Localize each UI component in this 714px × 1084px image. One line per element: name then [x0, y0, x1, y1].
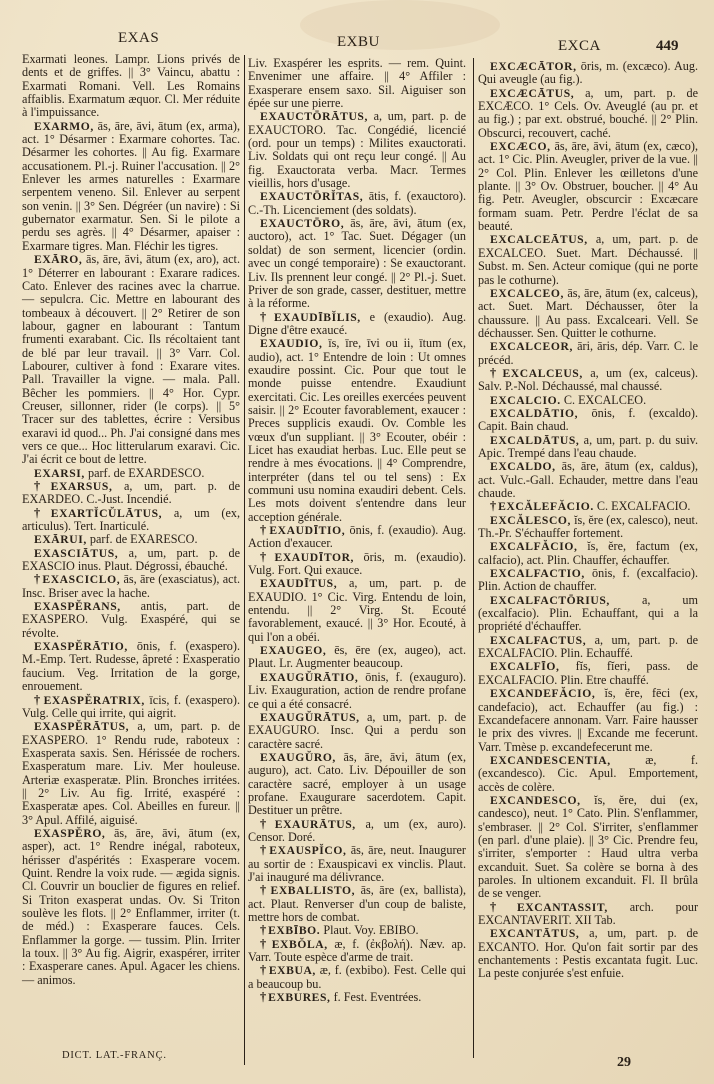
dictionary-entry: EXASPĔRANS, antis, part. de EXASPERO. Vu…	[22, 600, 240, 640]
running-head-left: EXAS	[118, 30, 159, 47]
dictionary-entry: †EXAUDĪTOR, ōris, m. (exaudio). Vulg. Fo…	[248, 551, 466, 578]
headword: EXAUSPĬCO,	[269, 844, 346, 857]
dictionary-entry: EXCALFĂCIO, ĭs, ĕre, factum (ex, calfaci…	[478, 540, 698, 567]
dictionary-entry: †EXASCICLO, ās, āre (exasciatus), act. I…	[22, 573, 240, 600]
dictionary-entry: †EXBURES, f. Fest. Eventrées.	[248, 991, 466, 1004]
headword: EXBURES,	[268, 991, 330, 1004]
definition-text: parf. de EXARESCO.	[87, 532, 198, 546]
dictionary-entry: EXCALDĀTUS, a, um, part. p. du suiv. Api…	[478, 434, 698, 461]
headword: EXASCIĀTUS,	[34, 547, 118, 560]
headword: EXAUCTŌRO,	[260, 217, 344, 230]
headword: EXASPĔRĀTIO,	[34, 640, 128, 653]
headword: EXCALFACTUS,	[490, 634, 586, 647]
column-divider	[473, 58, 474, 1058]
dictionary-entry: EXĀRO, ās, āre, āvi, ātum (ex, aro), act…	[22, 253, 240, 467]
headword: EXAUDĪBĬLIS,	[274, 311, 361, 324]
dictionary-entry: EXCALFACTIO, ōnis, f. (excalfacio). Plin…	[478, 567, 698, 594]
headword: EXCÆCĀTOR,	[490, 60, 577, 73]
headword: EXAUDĪTUS,	[260, 577, 337, 590]
dictionary-entry: EXCÆCĀTUS, a, um, part. p. de EXCÆCO. 1°…	[478, 87, 698, 140]
dictionary-entry: EXAUCTŌRĬTAS, ātis, f. (exauctoro). C.-T…	[248, 190, 466, 217]
dictionary-entry: †EXCĂLEFĂCIO. C. EXCALFACIO.	[478, 500, 698, 513]
column-middle: Liv. Exaspérer les esprits. — rem. Quint…	[248, 57, 466, 1004]
dictionary-entry: EXCANDEFĂCIO, ĭs, ĕre, fēci (ex, candefa…	[478, 687, 698, 754]
dictionary-entry: EXCALFACTŌRIUS, a, um (excalfacio). Plin…	[478, 594, 698, 634]
dagger-icon: †	[260, 963, 267, 977]
dagger-icon: †	[490, 900, 515, 914]
headword: EXCALCIO.	[490, 394, 561, 407]
headword: EXCALCEO,	[490, 287, 564, 300]
dictionary-entry: †EXAUSPĬCO, ās, āre, neut. Inaugurer au …	[248, 844, 466, 884]
dictionary-page: EXAS EXBU EXCA 449 Exarmati leones. Lamp…	[0, 0, 714, 1084]
dictionary-entry: EXASPĔRĀTIO, ōnis, f. (exaspero). M.-Emp…	[22, 640, 240, 693]
definition-text: ās, āre, āvi, ātum (ex, auctoro), act. 1…	[248, 216, 466, 310]
dictionary-entry: EXAUGŬRO, ās, āre, āvi, ātum (ex, auguro…	[248, 751, 466, 818]
dictionary-entry: EXCALCEOR, āri, āris, dép. Varr. C. le p…	[478, 340, 698, 367]
definition-text: ās, āre, āvi, ātum (ex, cæco), act. 1° C…	[478, 139, 698, 233]
headword: EXCALCEOR,	[490, 340, 573, 353]
headword: EXARMO,	[34, 120, 94, 133]
column-right: EXCÆCĀTOR, ōris, m. (excæco). Aug. Qui a…	[478, 60, 698, 981]
definition-text: īs, īre, īvi ou ii, ītum (ex, audio), ac…	[248, 336, 466, 523]
dictionary-entry: EXARSI, parf. de EXARDESCO.	[22, 467, 240, 480]
headword: EXARSI,	[34, 467, 85, 480]
headword: EXAUDĪTIO,	[269, 524, 345, 537]
dictionary-entry: †EXBALLISTO, ās, āre (ex, ballista), act…	[248, 884, 466, 924]
definition-text: parf. de EXARDESCO.	[85, 466, 205, 480]
dictionary-entry: †EXCALCEUS, a, um (ex, calceus). Salv. P…	[478, 367, 698, 394]
headword: EXCALDO,	[490, 460, 556, 473]
headword: EXASPĔRANS,	[34, 600, 121, 613]
headword: EXASPĔRATRIX,	[44, 694, 145, 707]
headword: EXĀRO,	[34, 253, 82, 266]
dictionary-entry: †EXARSUS, a, um, part. p. de EXARDEO. C.…	[22, 480, 240, 507]
dagger-icon: †	[34, 479, 49, 493]
dictionary-entry: EXASPĔRO, ās, āre, āvi, ātum (ex, asper)…	[22, 827, 240, 987]
definition-text: ās, āre, āvi, ātum (ex, arma), act. 1° D…	[22, 119, 240, 253]
dagger-icon: †	[260, 550, 273, 564]
dictionary-entry: EXAUGŬRĀTUS, a, um, part. p. de EXAUGURO…	[248, 711, 466, 751]
entry-continuation: Exarmati leones. Lampr. Lions privés de …	[22, 53, 240, 120]
dagger-icon: †	[34, 506, 49, 520]
dictionary-entry: EXCANDESCENTIA, æ, f. (excandesco). Cic.…	[478, 754, 698, 794]
headword: EXCĂLEFĂCIO.	[498, 500, 594, 513]
dagger-icon: †	[490, 366, 500, 380]
dagger-icon: †	[34, 572, 40, 586]
dictionary-entry: EXAUGŬRĀTIO, ōnis, f. (exauguro). Liv. E…	[248, 671, 466, 711]
headword: EXBĪBO.	[268, 924, 320, 937]
definition-text: ĭs, ĕre, dui (ex, candesco), neut. 1° Ca…	[478, 793, 698, 900]
headword: EXCANTASSIT,	[517, 901, 608, 914]
headword: EXCALFACTŌRIUS,	[490, 594, 610, 607]
dictionary-entry: EXASCIĀTUS, a, um, part. p. de EXASCIO i…	[22, 547, 240, 574]
definition-text: Exarmati leones. Lampr. Lions privés de …	[22, 52, 240, 119]
definition-text: a, um, part. p. de EXASPERO. 1° Rendu ru…	[22, 719, 240, 826]
dictionary-entry: EXCANTĀTUS, a, um, part. p. de EXCANTO. …	[478, 927, 698, 980]
headword: EXAUDĪTOR,	[275, 551, 355, 564]
headword: EXAUGŬRO,	[260, 751, 336, 764]
dictionary-entry: †EXBŎLA, æ, f. (ἐκβολή). Næv. ap. Varr. …	[248, 938, 466, 965]
dictionary-entry: EXCALCEĀTUS, a, um, part. p. de EXCALCEO…	[478, 233, 698, 286]
entry-continuation: Liv. Exaspérer les esprits. — rem. Quint…	[248, 57, 466, 110]
definition-text: C. EXCALCEO.	[561, 393, 646, 407]
definition-text: f. Fest. Eventrées.	[331, 990, 422, 1004]
dictionary-entry: EXCALDO, ās, āre, ātum (ex, caldus), act…	[478, 460, 698, 500]
dictionary-entry: †EXBĪBO. Plaut. Voy. EBIBO.	[248, 924, 466, 937]
dictionary-entry: †EXAUDĪBĬLIS, e (exaudio). Aug. Digne d'…	[248, 311, 466, 338]
dagger-icon: †	[34, 693, 42, 707]
column-divider	[244, 55, 245, 1065]
headword: EXASPĔRO,	[34, 827, 105, 840]
headword: EXCÆCO,	[490, 140, 551, 153]
dagger-icon: †	[260, 923, 266, 937]
dictionary-entry: EXĀRUI, parf. de EXARESCO.	[22, 533, 240, 546]
dictionary-entry: EXARMO, ās, āre, āvi, ātum (ex, arma), a…	[22, 120, 240, 253]
dictionary-entry: EXAUGEO, ēs, ēre (ex, augeo), act. Plaut…	[248, 644, 466, 671]
headword: EXCALDĀTIO,	[490, 407, 578, 420]
dictionary-entry: EXAUCTŌRO, ās, āre, āvi, ātum (ex, aucto…	[248, 217, 466, 310]
headword: EXCANDESCENTIA,	[490, 754, 611, 767]
headword: EXCALFĂCIO,	[490, 540, 577, 553]
headword: EXAUDIO,	[260, 337, 322, 350]
headword: EXBŎLA,	[272, 938, 328, 951]
headword: EXCALDĀTUS,	[490, 434, 579, 447]
signature-mark: DICT. LAT.-FRANÇ.	[62, 1050, 167, 1061]
dictionary-entry: EXAUDIO, īs, īre, īvi ou ii, ītum (ex, a…	[248, 337, 466, 524]
headword: EXAUGŬRĀTUS,	[260, 711, 360, 724]
signature-number: 29	[617, 1055, 631, 1071]
dictionary-entry: EXCALDĀTIO, ōnis, f. (excaldo). Capit. B…	[478, 407, 698, 434]
dagger-icon: †	[260, 310, 272, 324]
headword: EXCĂLESCO,	[490, 514, 571, 527]
definition-text: ās, āre, āvi, ātum (ex, aro), act. 1° Dé…	[22, 252, 240, 466]
dagger-icon: †	[260, 937, 270, 951]
definition-text: Liv. Exaspérer les esprits. — rem. Quint…	[248, 56, 466, 110]
dagger-icon: †	[260, 523, 267, 537]
dagger-icon: †	[260, 883, 269, 897]
dictionary-entry: EXCALCEO, ās, āre, ātum (ex, calceus), a…	[478, 287, 698, 340]
dictionary-entry: EXCÆCO, ās, āre, āvi, ātum (ex, cæco), a…	[478, 140, 698, 233]
dictionary-entry: †EXASPĔRATRIX, īcis, f. (exaspero). Vulg…	[22, 694, 240, 721]
dictionary-entry: EXAUDĪTUS, a, um, part. p. de EXAUDIO. 1…	[248, 577, 466, 644]
dictionary-entry: †EXAUDĪTIO, ōnis, f. (exaudio). Aug. Act…	[248, 524, 466, 551]
headword: EXCALFACTIO,	[490, 567, 585, 580]
headword: EXĀRUI,	[34, 533, 87, 546]
headword: EXASPĔRĀTUS,	[34, 720, 129, 733]
definition-text: C. EXCALFACIO.	[594, 499, 691, 513]
definition-text: Plaut. Voy. EBIBO.	[320, 923, 418, 937]
headword: EXCÆCĀTUS,	[490, 87, 574, 100]
running-head-middle: EXBU	[337, 34, 380, 51]
column-left: Exarmati leones. Lampr. Lions privés de …	[22, 53, 240, 987]
dictionary-entry: EXCALFĪO, fĭs, fĭeri, pass. de EXCALFACI…	[478, 660, 698, 687]
dictionary-entry: EXCÆCĀTOR, ōris, m. (excæco). Aug. Qui a…	[478, 60, 698, 87]
dictionary-entry: EXASPĔRĀTUS, a, um, part. p. de EXASPERO…	[22, 720, 240, 827]
headword: EXASCICLO,	[42, 573, 120, 586]
headword: EXAUCTŌRĬTAS,	[260, 190, 363, 203]
headword: EXCANDEFĂCIO,	[490, 687, 595, 700]
headword: EXARSUS,	[51, 480, 113, 493]
dictionary-entry: EXAUCTŌRĀTUS, a, um, part. p. de EXAUCTO…	[248, 110, 466, 190]
running-head-right: EXCA	[558, 38, 601, 55]
headword: EXCANDESCO,	[490, 794, 581, 807]
dagger-icon: †	[260, 843, 267, 857]
headword: EXAUCTŌRĀTUS,	[260, 110, 368, 123]
headword: EXCANTĀTUS,	[490, 927, 579, 940]
dagger-icon: †	[490, 499, 496, 513]
headword: EXAURĀTUS,	[275, 818, 356, 831]
headword: EXAUGŬRĀTIO,	[260, 671, 358, 684]
dagger-icon: †	[260, 817, 273, 831]
dictionary-entry: EXCALCIO. C. EXCALCEO.	[478, 394, 698, 407]
paper-stain	[300, 0, 500, 50]
headword: EXCALCEUS,	[502, 367, 582, 380]
headword: EXCALFĪO,	[490, 660, 560, 673]
headword: EXBALLISTO,	[271, 884, 356, 897]
definition-text: ās, āre, āvi, ātum (ex, asper), act. 1° …	[22, 826, 240, 987]
headword: EXCALCEĀTUS,	[490, 233, 588, 246]
dagger-icon: †	[260, 990, 266, 1004]
dictionary-entry: EXCĂLESCO, ĭs, ĕre (ex, calesco), neut. …	[478, 514, 698, 541]
headword: EXBUA,	[269, 964, 316, 977]
dictionary-entry: †EXAURĀTUS, a, um (ex, auro). Censor. Do…	[248, 818, 466, 845]
dictionary-entry: †EXBUA, æ, f. (exbibo). Fest. Celle qui …	[248, 964, 466, 991]
page-number: 449	[656, 38, 679, 55]
headword: EXARTĬCŬLĀTUS,	[51, 507, 162, 520]
headword: EXAUGEO,	[260, 644, 326, 657]
dictionary-entry: †EXCANTASSIT, arch. pour EXCANTAVERIT. X…	[478, 901, 698, 928]
dictionary-entry: EXCALFACTUS, a, um, part. p. de EXCALFAC…	[478, 634, 698, 661]
dictionary-entry: EXCANDESCO, ĭs, ĕre, dui (ex, candesco),…	[478, 794, 698, 901]
dictionary-entry: †EXARTĬCŬLĀTUS, a, um (ex, articulus). T…	[22, 507, 240, 534]
